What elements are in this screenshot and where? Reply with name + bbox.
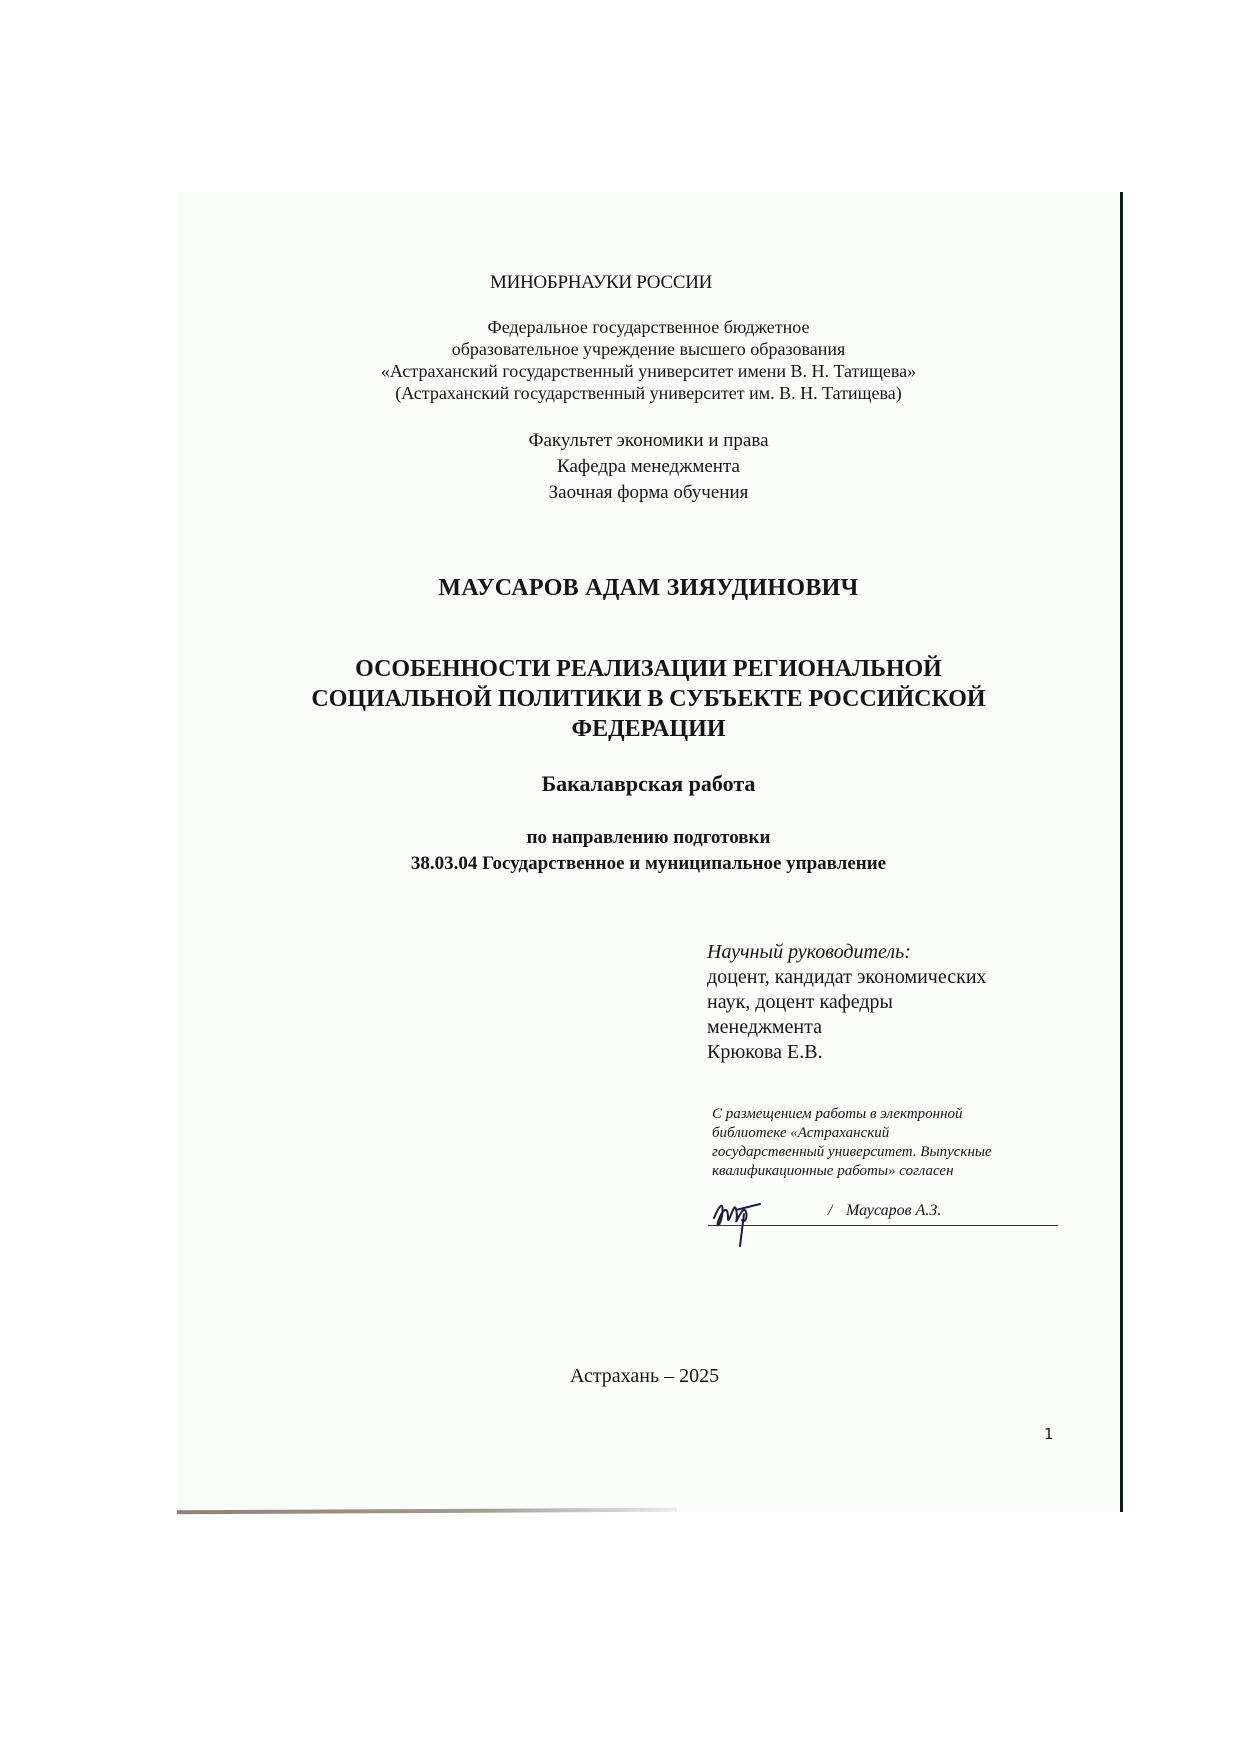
- supervisor-name: Крюкова Е.В.: [707, 1040, 987, 1065]
- signer-name: Маусаров А.З.: [846, 1202, 941, 1220]
- organization-line: образовательное учреждение высшего образ…: [177, 339, 1120, 360]
- signature-underline: [708, 1225, 1058, 1226]
- thesis-title-line: ФЕДЕРАЦИИ: [177, 716, 1120, 743]
- supervisor-line: наук, доцент кафедры: [707, 990, 987, 1015]
- thesis-title-line: ОСОБЕННОСТИ РЕАЛИЗАЦИИ РЕГИОНАЛЬНОЙ: [177, 656, 1120, 683]
- work-type: Бакалаврская работа: [177, 771, 1120, 797]
- study-form: Заочная форма обучения: [177, 482, 1120, 504]
- page-number: 1: [1044, 1425, 1054, 1443]
- department-name: Кафедра менеджмента: [177, 456, 1120, 478]
- faculty-name: Факультет экономики и права: [177, 430, 1120, 452]
- consent-line: государственный университет. Выпускные: [712, 1143, 992, 1162]
- page-edge-right: [1120, 192, 1123, 1512]
- thesis-title-line: СОЦИАЛЬНОЙ ПОЛИТИКИ В СУБЪЕКТЕ РОССИЙСКО…: [177, 686, 1120, 713]
- signature-row: / Маусаров А.З.: [708, 1196, 1058, 1232]
- organization-line: (Астраханский государственный университе…: [177, 383, 1120, 404]
- city-year: Астрахань – 2025: [570, 1365, 719, 1388]
- author-name: МАУСАРОВ АДАМ ЗИЯУДИНОВИЧ: [177, 575, 1120, 602]
- consent-line: квалификационные работы» согласен: [712, 1162, 992, 1181]
- consent-statement: С размещением работы в электронной библи…: [712, 1105, 992, 1181]
- supervisor-label: Научный руководитель:: [707, 940, 987, 965]
- consent-line: библиотеке «Астраханский: [712, 1124, 992, 1143]
- organization-line: «Астраханский государственный университе…: [177, 361, 1120, 382]
- supervisor-line: доцент, кандидат экономических: [707, 965, 987, 990]
- direction: 38.03.04 Государственное и муниципальное…: [177, 853, 1120, 875]
- supervisor-line: менеджмента: [707, 1015, 987, 1040]
- ministry-name: МИНОБРНАУКИ РОССИИ: [490, 272, 712, 294]
- signature-separator: /: [828, 1202, 832, 1220]
- supervisor-block: Научный руководитель: доцент, кандидат э…: [707, 940, 987, 1065]
- organization-line: Федеральное государственное бюджетное: [177, 317, 1120, 338]
- handwritten-signature-icon: [710, 1196, 770, 1256]
- consent-line: С размещением работы в электронной: [712, 1105, 992, 1124]
- direction-label: по направлению подготовки: [177, 827, 1120, 849]
